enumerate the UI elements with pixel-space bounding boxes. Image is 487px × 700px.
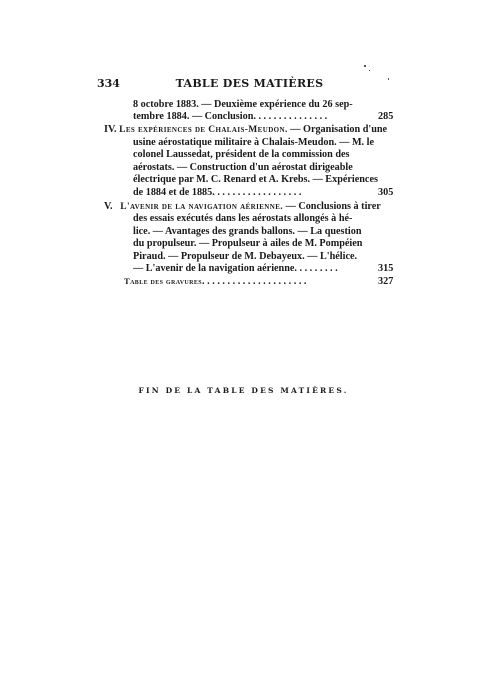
toc-line: électrique par M. C. Renard et A. Krebs.… bbox=[133, 173, 378, 186]
chapter-numeral: V. bbox=[104, 201, 113, 212]
scan-speck bbox=[369, 70, 370, 71]
toc-line: des essais exécutés dans les aérostats a… bbox=[133, 212, 352, 225]
toc-page-number: 315 bbox=[378, 262, 393, 275]
scan-speck bbox=[364, 65, 366, 67]
scan-speck bbox=[388, 78, 389, 80]
toc-line-text: — Organisation d'une bbox=[288, 124, 387, 135]
chapter-title: Les expériences de Chalais-Meudon. bbox=[119, 125, 288, 135]
toc-page-number: 285 bbox=[378, 110, 393, 123]
toc-entry-title: Table des gravures bbox=[124, 276, 202, 286]
book-page: 334 TABLE DES MATIÈRES 8 octobre 1883. —… bbox=[0, 0, 487, 700]
toc-line: — L'avenir de la navigation aérienne. . … bbox=[133, 262, 338, 275]
toc-line-text: — Conclusions à tirer bbox=[283, 201, 381, 212]
toc-line: tembre 1884. — Conclusion. . . . . . . .… bbox=[133, 110, 327, 123]
toc-line: colonel Laussedat, président de la commi… bbox=[133, 148, 350, 161]
page-header: 334 TABLE DES MATIÈRES bbox=[97, 77, 402, 91]
chapter-title: L'avenir de la navigation aérienne. bbox=[120, 202, 283, 212]
toc-line: de 1884 et de 1885. . . . . . . . . . . … bbox=[133, 186, 301, 199]
end-note: FIN DE LA TABLE DES MATIÈRES. bbox=[0, 386, 487, 395]
chapter-numeral: IV. bbox=[104, 124, 117, 135]
toc-entry-iv-heading: IV. Les expériences de Chalais-Meudon. —… bbox=[104, 123, 387, 137]
toc-page-number: 327 bbox=[378, 275, 393, 288]
toc-page-number: 305 bbox=[378, 186, 393, 199]
toc-line: du propulseur. — Propulseur à ailes de M… bbox=[133, 237, 362, 250]
toc-entry-gravures: Table des gravures. . . . . . . . . . . … bbox=[124, 275, 306, 288]
running-head: TABLE DES MATIÈRES bbox=[97, 77, 402, 90]
toc-leader-dots: . . . . . . . . . . . . . . . . . . . . … bbox=[202, 276, 306, 287]
